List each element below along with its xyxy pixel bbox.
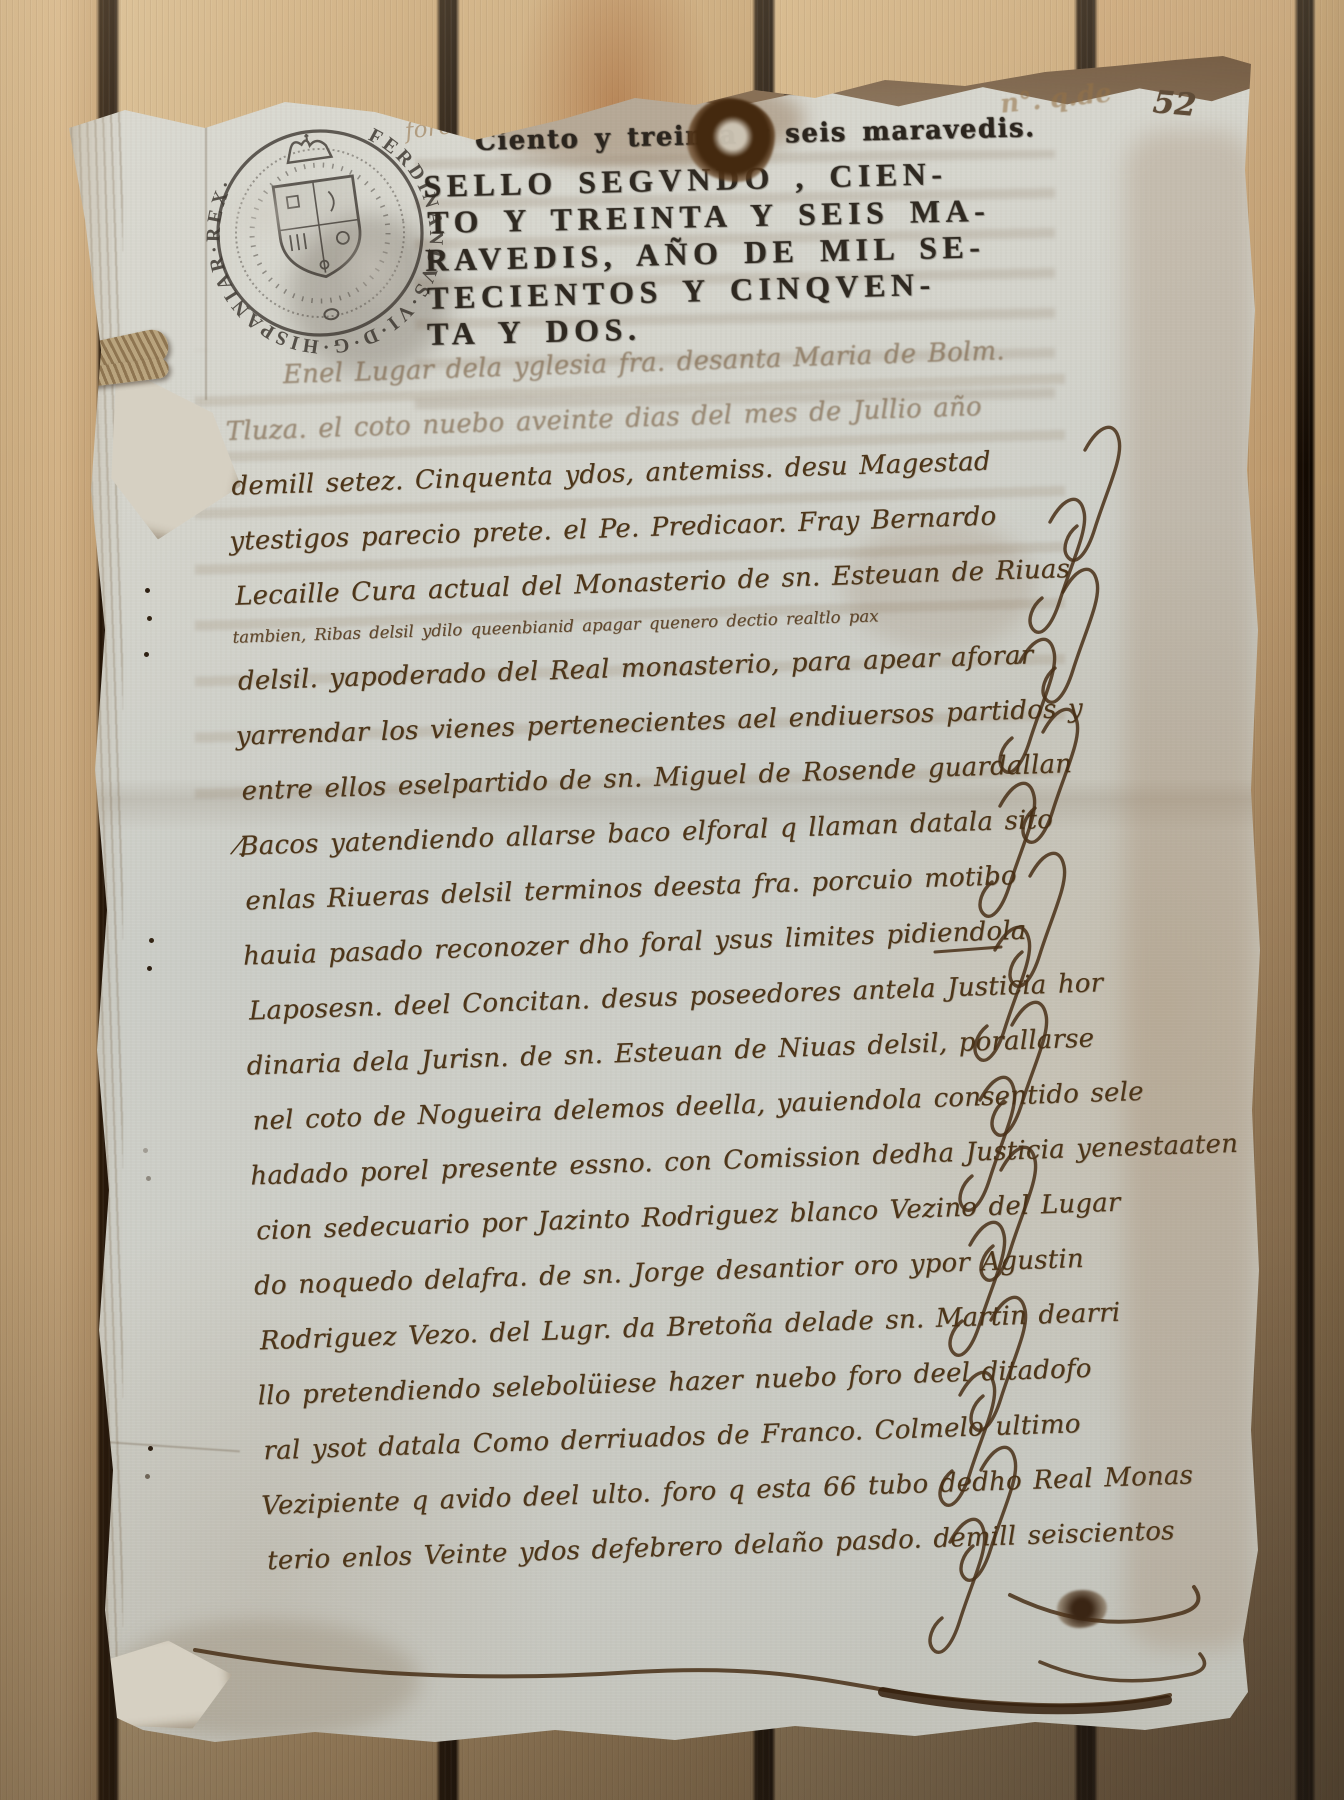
ink-blot [1057, 1590, 1107, 1628]
manuscript-text: Enel Lugar dela yglesia fra. desanta Mar… [223, 320, 1164, 1589]
stitch-holes [145, 588, 150, 593]
folio-number: 52 [1152, 84, 1198, 124]
printed-tax-block: SELLO SEGVNDO , CIEN-TO Y TREINTA Y SEIS… [423, 154, 990, 353]
ink-blot [687, 98, 775, 182]
seal-legend: FERDINANDVS·VI·D·G·HISPANIAR·REX· [189, 116, 462, 373]
svg-text:FERDINANDVS·VI·D·G·HISPANIAR·R: FERDINANDVS·VI·D·G·HISPANIAR·REX· [189, 116, 462, 373]
manuscript-page: FERDINANDVS·VI·D·G·HISPANIAR·REX· ✠ foro… [55, 50, 1260, 1785]
